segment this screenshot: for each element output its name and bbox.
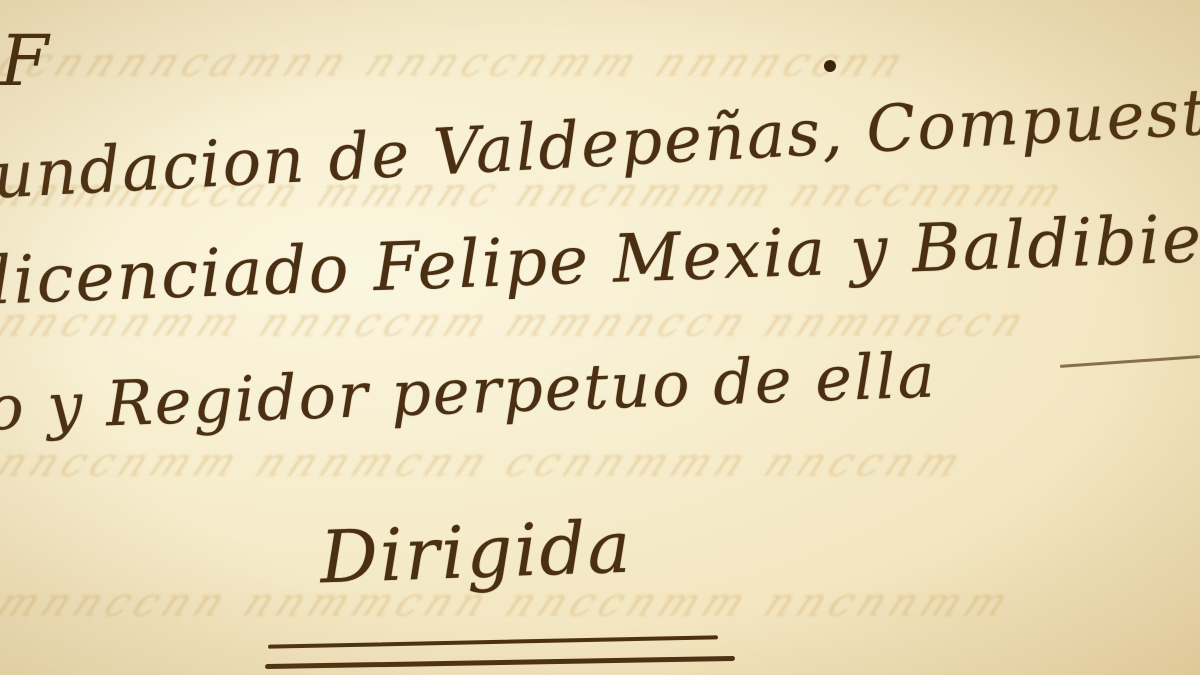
bleed-through-line: nnccnmm nnnmcnn ccnnmmn nnccnm (0, 440, 1200, 486)
underline-1 (268, 635, 718, 648)
manuscript-heading-dirigida: Dirigida (319, 505, 634, 600)
manuscript-page: ccnnnncamnn nnnccnmm nnnnccnn nnmmnccan … (0, 0, 1200, 675)
ink-blot (824, 60, 836, 72)
bleed-through-line: ccnnnncamnn nnnccnmm nnnnccnn (0, 40, 1200, 86)
line-filler-flourish (1060, 355, 1200, 368)
manuscript-line-3: o y Regidor perpetuo de ella (0, 338, 938, 444)
initial-letter: F (0, 20, 49, 102)
underline-2 (265, 656, 735, 669)
